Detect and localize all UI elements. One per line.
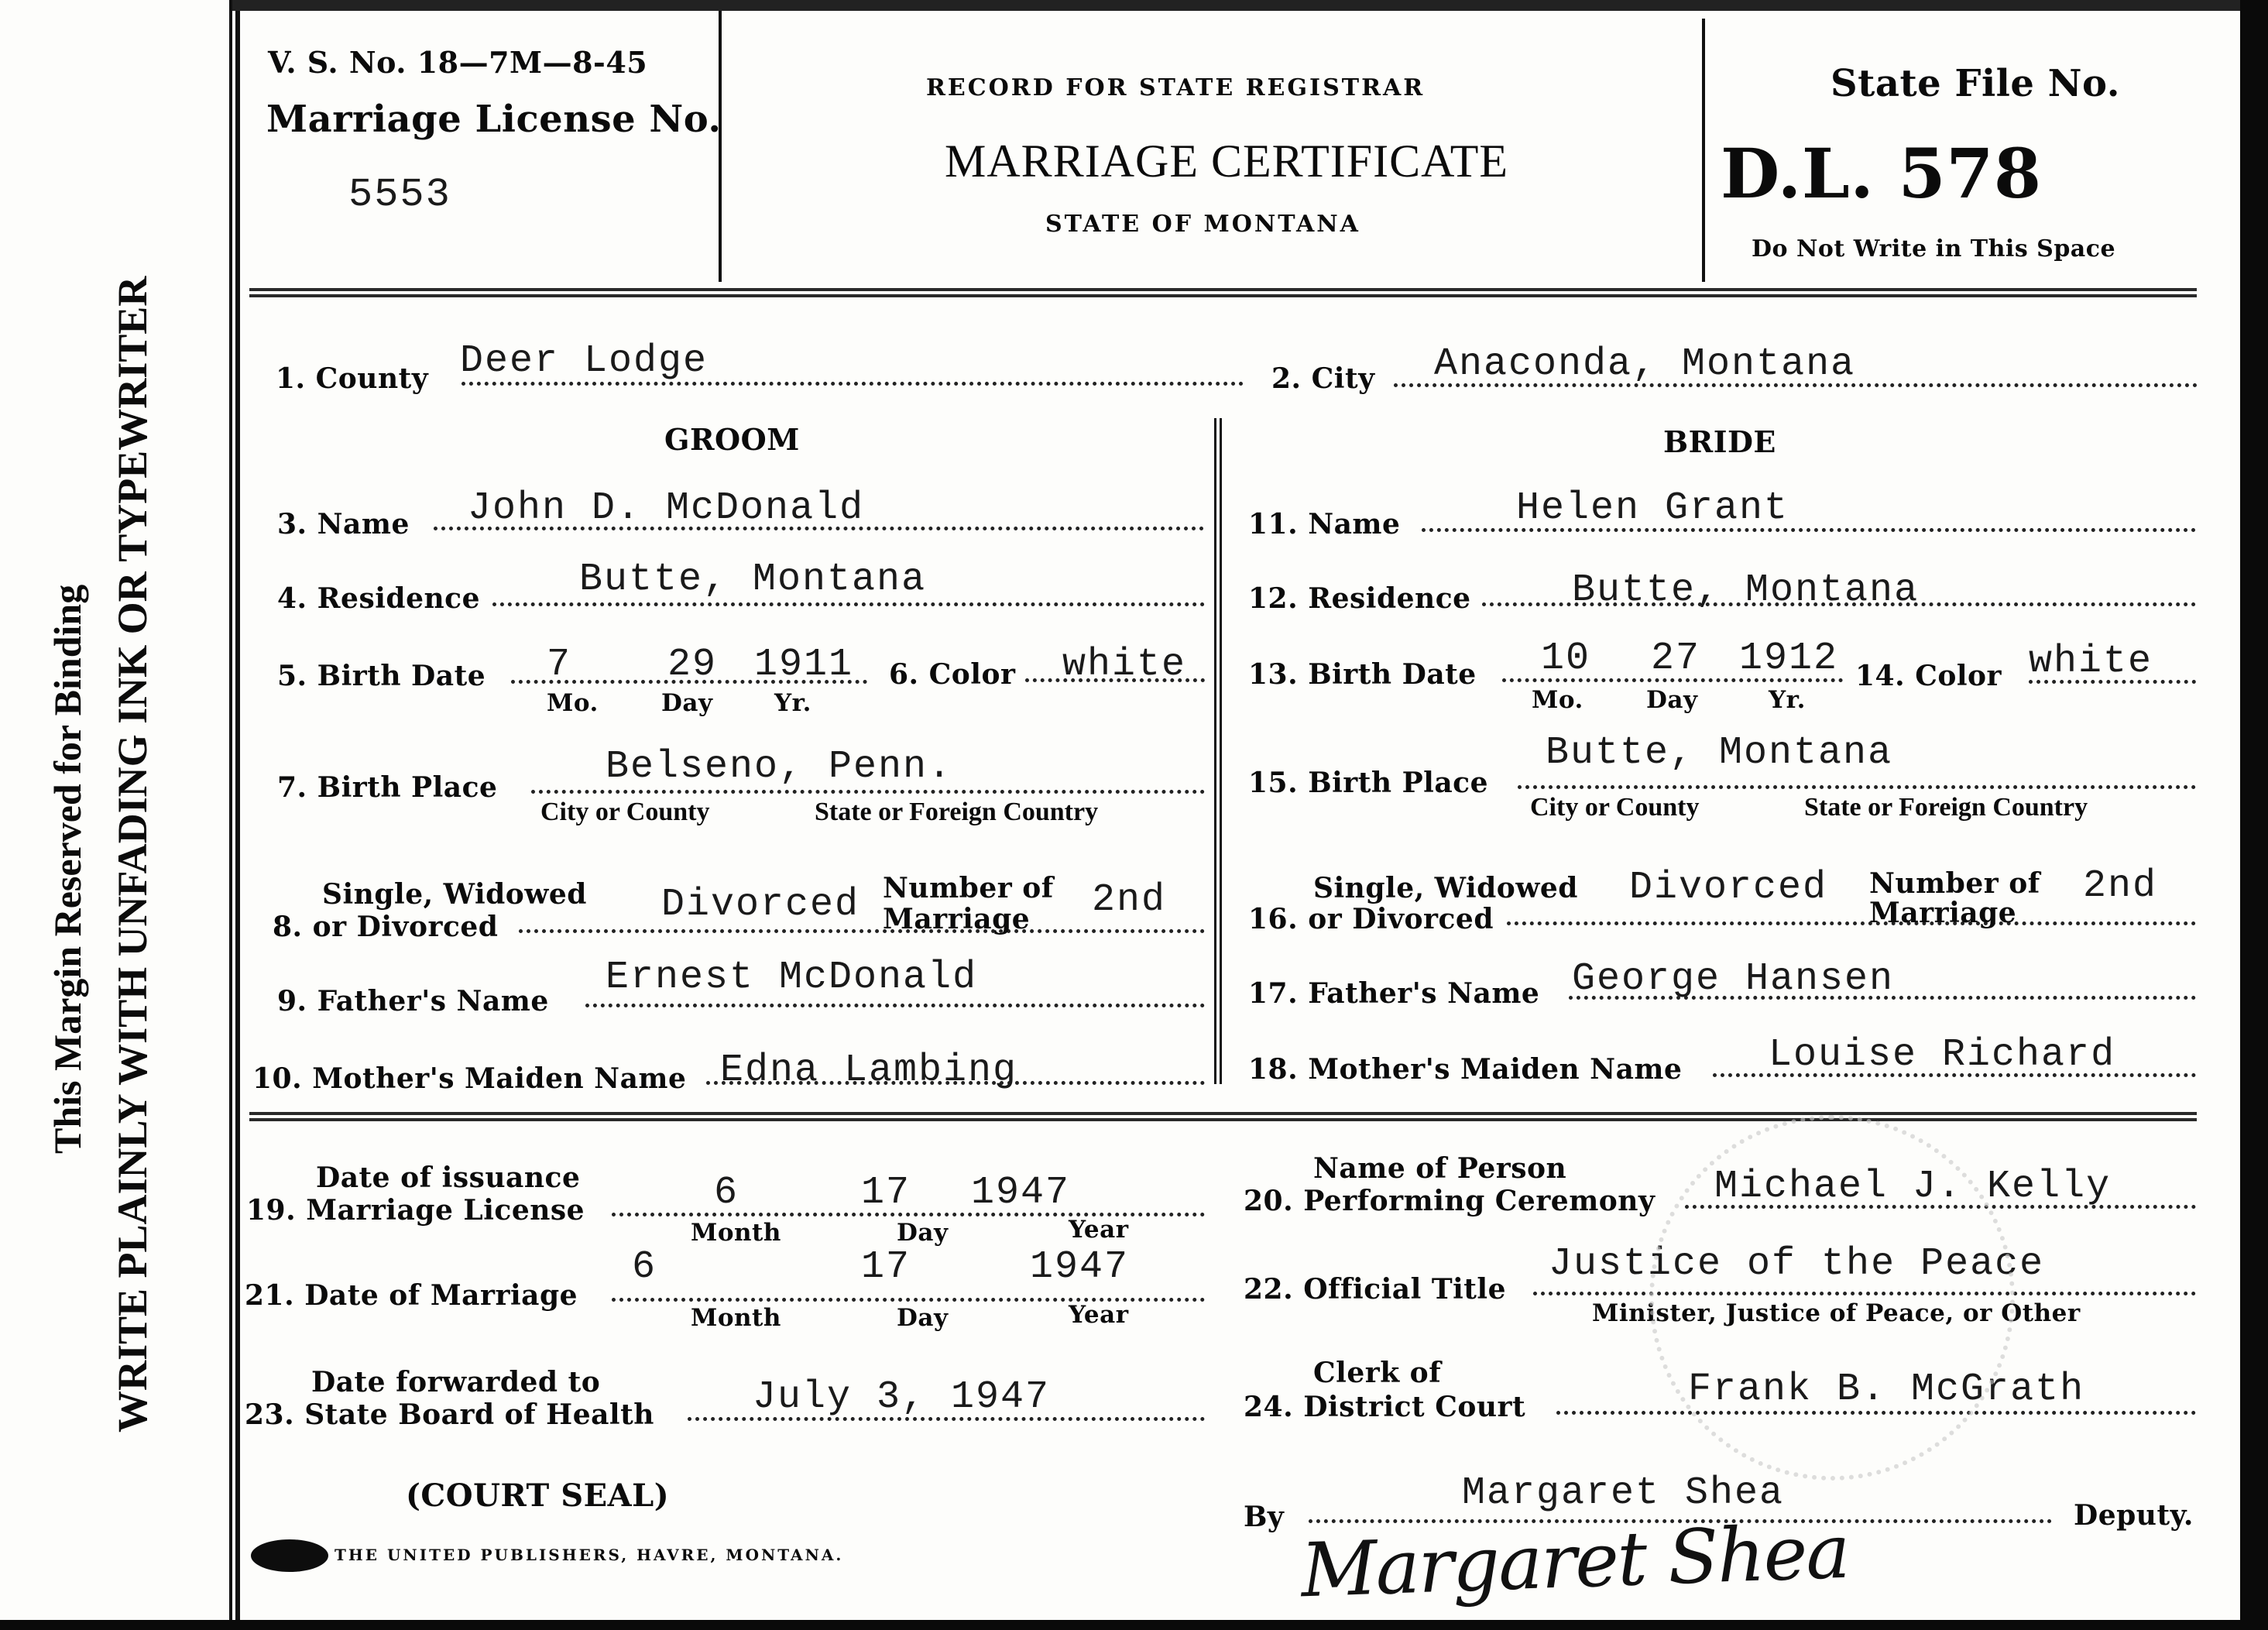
- license-issued-month-sublabel: Month: [691, 1219, 781, 1247]
- marriage-date-label-text: Date of Marriage: [304, 1279, 578, 1312]
- court-seal-stamp-icon: [1649, 1115, 2015, 1481]
- groom-father-value[interactable]: Ernest McDonald: [606, 956, 977, 1000]
- bride-marital-label-line1: Single, Widowed: [1313, 872, 1578, 904]
- groom-marital-line: [519, 929, 1205, 933]
- bride-day-sublabel: Day: [1646, 686, 1697, 714]
- marriage-date-label: 21. Date of Marriage: [245, 1279, 578, 1312]
- bride-father-value[interactable]: George Hansen: [1572, 957, 1894, 1001]
- groom-birth-place-num: 7.: [277, 771, 307, 804]
- groom-mother-label: 10. Mother's Maiden Name: [252, 1062, 686, 1095]
- license-issued-label-text: Marriage License: [306, 1194, 585, 1227]
- bride-birth-date-label: 13. Birth Date: [1248, 658, 1477, 691]
- bride-state-sublabel: State or Foreign Country: [1804, 793, 2088, 822]
- bride-birth-year[interactable]: 1912: [1739, 637, 1838, 681]
- bride-birth-day[interactable]: 27: [1651, 637, 1700, 681]
- form-number: V. S. No. 18—7M—8-45: [268, 45, 647, 80]
- groom-birth-year[interactable]: 1911: [754, 643, 853, 687]
- bride-marital-value[interactable]: Divorced: [1629, 866, 1827, 910]
- clerk-label-line1: Clerk of: [1313, 1357, 1441, 1389]
- bride-city-sublabel: City or County: [1530, 793, 1700, 822]
- header: V. S. No. 18—7M—8-45 Marriage License No…: [240, 11, 2240, 282]
- officiant-num: 20.: [1244, 1185, 1293, 1217]
- header-divider-right: [1702, 19, 1705, 282]
- bride-birth-place-label-text: Birth Place: [1308, 767, 1488, 799]
- bride-birth-place-line: [1518, 785, 2196, 789]
- clerk-label-line2: 24. District Court: [1244, 1391, 1525, 1423]
- groom-mother-label-text: Mother's Maiden Name: [312, 1062, 686, 1095]
- bride-marital-label-text: or Divorced: [1308, 903, 1494, 935]
- license-label: Marriage License No.: [266, 98, 722, 141]
- marriage-date-year[interactable]: 1947: [1030, 1245, 1129, 1289]
- groom-bride-divider: [1214, 418, 1222, 1084]
- bride-birth-place-label: 15. Birth Place: [1248, 767, 1488, 799]
- bride-father-num: 17.: [1248, 977, 1298, 1010]
- groom-name-num: 3.: [277, 508, 307, 540]
- groom-name-value[interactable]: John D. McDonald: [468, 486, 864, 530]
- groom-residence-value[interactable]: Butte, Montana: [579, 558, 926, 602]
- bride-marriage-label: Marriage: [1869, 897, 2016, 929]
- groom-birth-day[interactable]: 29: [667, 643, 717, 687]
- bride-mother-value[interactable]: Louise Richard: [1769, 1033, 2115, 1077]
- forwarded-label-line2: 23. State Board of Health: [245, 1398, 654, 1431]
- marriage-date-day[interactable]: 17: [861, 1245, 911, 1289]
- bride-residence-label-text: Residence: [1308, 582, 1470, 615]
- bride-name-value[interactable]: Helen Grant: [1516, 486, 1789, 530]
- official-title-num: 22.: [1244, 1273, 1293, 1306]
- bride-residence-value[interactable]: Butte, Montana: [1572, 568, 1919, 613]
- marriage-date-month-sublabel: Month: [691, 1304, 781, 1332]
- groom-birth-place-line: [531, 790, 1205, 794]
- groom-color-value[interactable]: white: [1062, 643, 1186, 687]
- bride-name-num: 11.: [1248, 508, 1298, 540]
- groom-marriage-label: Marriage: [883, 903, 1030, 935]
- by-label: By: [1244, 1501, 1284, 1533]
- bride-number-of-marriage-value[interactable]: 2nd: [2083, 864, 2157, 908]
- bride-birth-month[interactable]: 10: [1541, 637, 1590, 681]
- groom-birth-date-label-text: Birth Date: [317, 660, 486, 692]
- county-label-text: County: [316, 362, 429, 395]
- groom-birth-date-label: 5. Birth Date: [277, 660, 486, 692]
- bride-color-num: 14.: [1855, 660, 1905, 692]
- bride-birth-place-num: 15.: [1248, 767, 1298, 799]
- state-name: STATE OF MONTANA: [1045, 211, 1360, 238]
- groom-state-sublabel: State or Foreign Country: [815, 798, 1098, 827]
- groom-marital-label-line1: Single, Widowed: [322, 878, 587, 911]
- section-double-rule: [249, 1112, 2197, 1121]
- header-divider-left: [719, 11, 722, 282]
- publisher-imprint: THE UNITED PUBLISHERS, HAVRE, MONTANA.: [335, 1546, 843, 1564]
- groom-name-label: 3. Name: [277, 508, 410, 540]
- license-issued-label-line2: 19. Marriage License: [246, 1194, 585, 1227]
- county-value[interactable]: Deer Lodge: [460, 339, 708, 383]
- top-border: [232, 0, 2268, 11]
- bride-mother-num: 18.: [1248, 1053, 1298, 1086]
- officiant-label-line1: Name of Person: [1313, 1152, 1566, 1185]
- groom-year-sublabel: Yr.: [774, 689, 811, 717]
- bride-number-of-label: Number of: [1869, 867, 2040, 900]
- groom-day-sublabel: Day: [661, 689, 712, 717]
- city-label: 2. City: [1271, 362, 1375, 395]
- license-issued-num: 19.: [246, 1194, 296, 1227]
- bride-year-sublabel: Yr.: [1769, 686, 1806, 714]
- forwarded-value[interactable]: July 3, 1947: [753, 1375, 1050, 1419]
- groom-father-label-text: Father's Name: [317, 985, 549, 1017]
- bride-name-label-text: Name: [1308, 508, 1400, 540]
- groom-birth-place-value[interactable]: Belseno, Penn.: [606, 745, 952, 789]
- binding-margin-note: This Margin Reserved for Binding: [45, 457, 90, 1154]
- right-border: [2240, 0, 2268, 1630]
- groom-marital-label-text: or Divorced: [313, 911, 499, 943]
- deputy-typed-name[interactable]: Margaret Shea: [1462, 1471, 1784, 1515]
- groom-birth-place-label-text: Birth Place: [317, 771, 498, 804]
- certificate-title: MARRIAGE CERTIFICATE: [945, 135, 1508, 188]
- county-label: 1. County: [276, 362, 428, 395]
- bride-color-value[interactable]: white: [2029, 640, 2153, 684]
- groom-father-num: 9.: [277, 985, 307, 1017]
- license-number: 5553: [348, 172, 451, 218]
- clerk-num: 24.: [1244, 1391, 1293, 1423]
- county-num: 1.: [276, 362, 306, 395]
- bride-marital-num: 16.: [1248, 903, 1298, 935]
- publisher-logo-icon: [251, 1539, 328, 1572]
- bride-residence-num: 12.: [1248, 582, 1298, 615]
- groom-mother-num: 10.: [252, 1062, 302, 1095]
- clerk-label-text: District Court: [1303, 1391, 1525, 1423]
- left-border-rule: [229, 0, 240, 1630]
- bride-mother-label: 18. Mother's Maiden Name: [1248, 1053, 1682, 1086]
- groom-residence-line: [492, 602, 1205, 606]
- license-issued-year-sublabel: Year: [1069, 1216, 1129, 1244]
- marriage-date-num: 21.: [245, 1279, 294, 1312]
- bride-residence-label: 12. Residence: [1248, 582, 1471, 615]
- groom-birth-date-num: 5.: [277, 660, 307, 692]
- bride-name-label: 11. Name: [1248, 508, 1400, 540]
- groom-birth-month[interactable]: 7: [547, 643, 571, 687]
- license-issued-month[interactable]: 6: [714, 1171, 739, 1215]
- forwarded-num: 23.: [245, 1398, 294, 1431]
- bride-father-label: 17. Father's Name: [1248, 977, 1539, 1010]
- bride-birth-place-value[interactable]: Butte, Montana: [1546, 731, 1892, 775]
- groom-name-label-text: Name: [317, 508, 410, 540]
- groom-residence-num: 4.: [277, 582, 307, 615]
- groom-heading: GROOM: [664, 422, 800, 457]
- license-issued-label-line1: Date of issuance: [316, 1162, 580, 1194]
- groom-color-num: 6.: [889, 658, 919, 691]
- bride-month-sublabel: Mo.: [1532, 686, 1583, 714]
- license-issued-year[interactable]: 1947: [971, 1171, 1070, 1215]
- groom-father-line: [585, 1004, 1205, 1007]
- groom-color-label: 6. Color: [889, 658, 1015, 691]
- groom-birth-place-label: 7. Birth Place: [277, 771, 497, 804]
- groom-marital-value[interactable]: Divorced: [661, 883, 860, 927]
- state-file-number: D.L. 578: [1721, 133, 2042, 214]
- city-value[interactable]: Anaconda, Montana: [1434, 342, 1855, 386]
- bottom-border: [0, 1620, 2268, 1630]
- bride-heading: BRIDE: [1663, 424, 1776, 459]
- bride-mother-label-text: Mother's Maiden Name: [1308, 1053, 1682, 1086]
- officiant-label-text: Performing Ceremony: [1303, 1185, 1655, 1217]
- groom-residence-label-text: Residence: [317, 582, 480, 615]
- groom-residence-label: 4. Residence: [277, 582, 480, 615]
- deputy-signature: Margaret Shea: [1299, 1508, 1850, 1615]
- groom-color-label-text: Color: [929, 658, 1016, 691]
- city-label-text: City: [1312, 362, 1375, 395]
- groom-city-sublabel: City or County: [540, 798, 710, 827]
- deputy-label: Deputy.: [2074, 1499, 2194, 1532]
- bride-father-label-text: Father's Name: [1308, 977, 1539, 1010]
- marriage-date-day-sublabel: Day: [897, 1304, 948, 1332]
- court-seal-label: (COURT SEAL): [406, 1477, 669, 1514]
- bride-marital-line: [1507, 921, 2196, 925]
- bride-color-label-text: Color: [1915, 660, 2002, 692]
- forwarded-label-text: State Board of Health: [304, 1398, 654, 1431]
- bride-color-label: 14. Color: [1855, 660, 2002, 692]
- groom-month-sublabel: Mo.: [547, 689, 599, 717]
- bride-birth-date-num: 13.: [1248, 658, 1298, 691]
- groom-father-label: 9. Father's Name: [277, 985, 549, 1017]
- license-issued-day-sublabel: Day: [897, 1219, 948, 1247]
- do-not-write-note: Do Not Write in This Space: [1752, 235, 2115, 263]
- groom-marital-num: 8.: [273, 911, 303, 943]
- city-num: 2.: [1271, 362, 1302, 395]
- marriage-date-year-sublabel: Year: [1069, 1301, 1129, 1329]
- bride-marital-label-line2: 16. or Divorced: [1248, 903, 1494, 935]
- groom-marital-label-line2: 8. or Divorced: [273, 911, 498, 943]
- marriage-date-month[interactable]: 6: [632, 1245, 657, 1289]
- record-for-registrar: RECORD FOR STATE REGISTRAR: [926, 74, 1425, 101]
- official-title-label-text: Official Title: [1303, 1273, 1506, 1306]
- groom-mother-value[interactable]: Edna Lambing: [720, 1048, 1017, 1093]
- bride-birth-date-label-text: Birth Date: [1308, 658, 1476, 691]
- ink-instruction: WRITE PLAINLY WITH UNFADING INK OR TYPEW…: [108, 194, 156, 1433]
- official-title-label: 22. Official Title: [1244, 1273, 1506, 1306]
- groom-number-of-marriage-value[interactable]: 2nd: [1092, 878, 1166, 922]
- state-file-label: State File No.: [1831, 62, 2120, 105]
- forwarded-label-line1: Date forwarded to: [311, 1366, 600, 1398]
- license-issued-day[interactable]: 17: [861, 1171, 911, 1215]
- header-double-rule: [249, 288, 2197, 297]
- groom-number-of-label: Number of: [883, 872, 1054, 904]
- officiant-label-line2: 20. Performing Ceremony: [1244, 1185, 1655, 1217]
